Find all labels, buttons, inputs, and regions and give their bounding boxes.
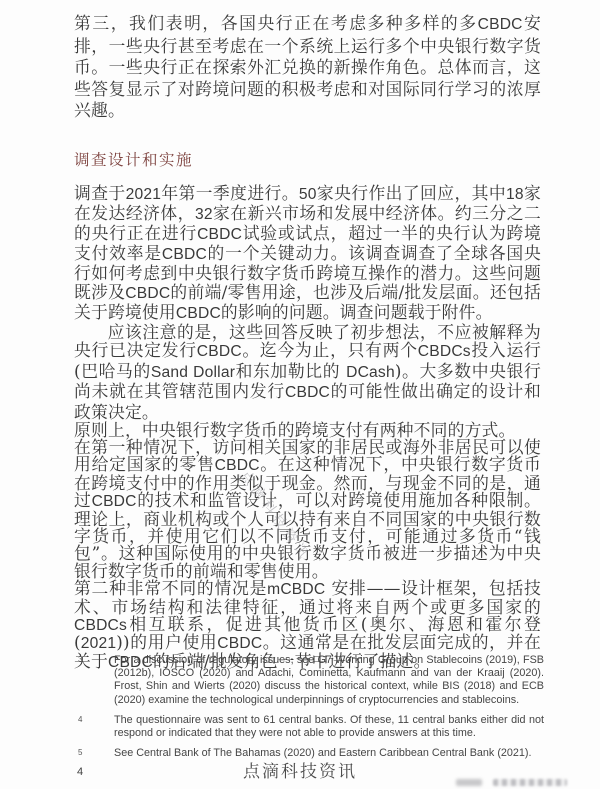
paragraph-survey: 调查于2021年第一季度进行。50家央行作出了回应，其中18家在发达经济体，32… bbox=[74, 184, 541, 323]
footnote-text: For a discussion of regulatory issues, s… bbox=[114, 654, 544, 706]
paragraph-note: 应该注意的是，这些回答反映了初步想法，不应被解释为央行已决定发行CBDC。迄今为… bbox=[74, 323, 541, 422]
paragraph-first-case: 在第一种情况下，访问相关国家的非居民或海外非居民可以使用给定国家的零售CBDC。… bbox=[74, 439, 541, 580]
corner-watermark-smudge bbox=[493, 779, 567, 786]
corner-watermark-smudge bbox=[456, 779, 482, 786]
section-heading: 调查设计和实施 bbox=[74, 148, 541, 170]
footnote-marker: 4 bbox=[78, 713, 82, 726]
footnote-4: 4 The questionnaire was sent to 61 centr… bbox=[74, 714, 544, 740]
paragraph-intro: 第三，我们表明，各国央行正在考虑多种多样的多CBDC安排，一些央行甚至考虑在一个… bbox=[74, 13, 541, 122]
document-content: 第三，我们表明，各国央行正在考虑多种多样的多CBDC安排，一些央行甚至考虑在一个… bbox=[74, 13, 541, 671]
footnote-3: 3 For a discussion of regulatory issues,… bbox=[74, 654, 544, 707]
footnote-marker: 3 bbox=[78, 653, 82, 666]
footnotes-section: 3 For a discussion of regulatory issues,… bbox=[74, 654, 544, 767]
document-page: 第三，我们表明，各国央行正在考虑多种多样的多CBDC安排，一些央行甚至考虑在一个… bbox=[0, 0, 600, 789]
footnote-text: The questionnaire was sent to 61 central… bbox=[114, 714, 544, 739]
